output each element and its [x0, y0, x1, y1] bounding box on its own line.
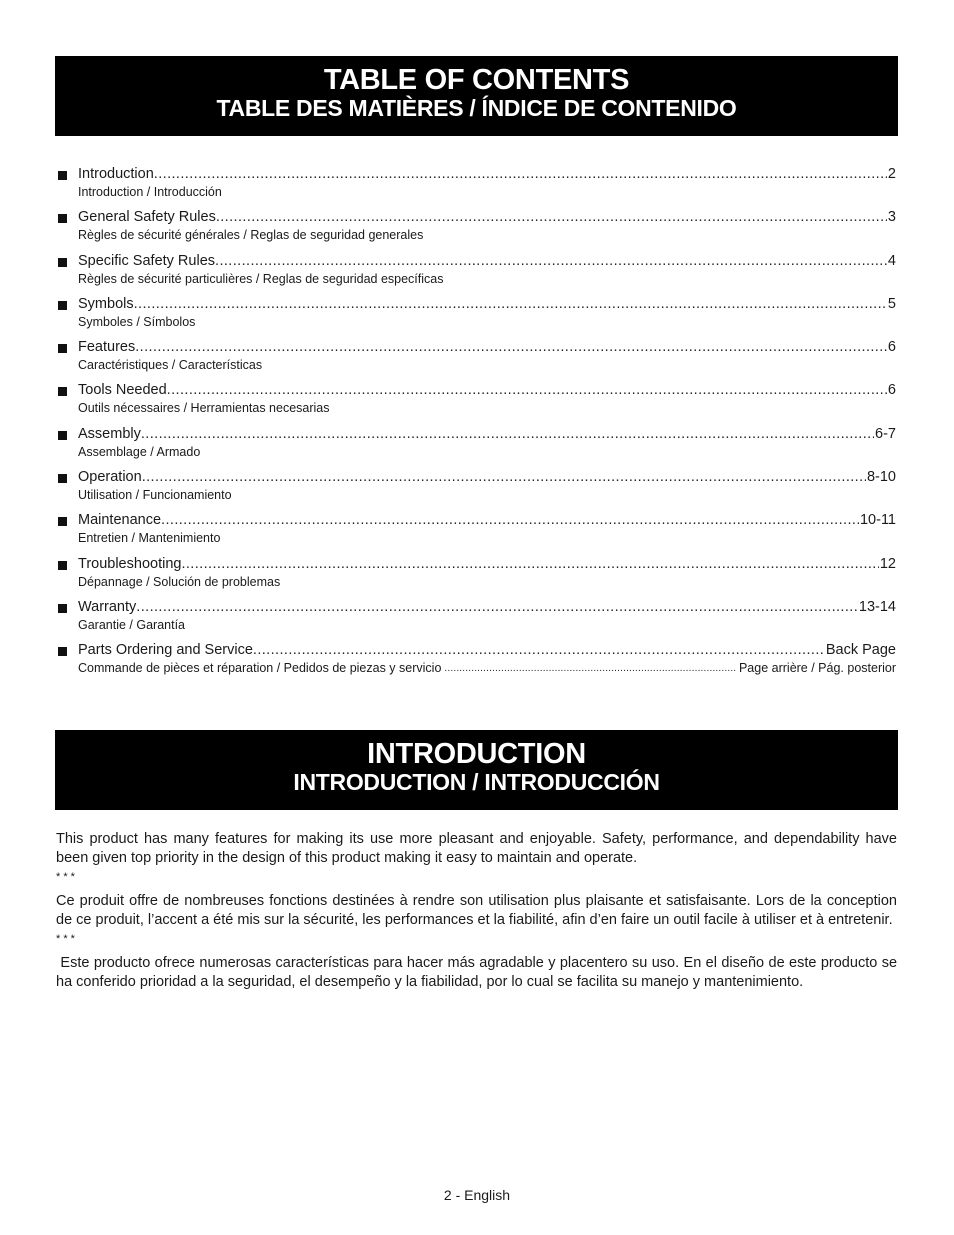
toc-entry-page: 8-10 [866, 469, 896, 486]
toc-entry-page: 6 [887, 339, 896, 356]
toc-entry-line: Troubleshooting12 [78, 556, 896, 573]
toc-entry-line: Operation8-10 [78, 469, 896, 486]
toc-entry-translation-line: Caractéristiques / Características [78, 358, 896, 373]
separator: * * * [56, 930, 897, 948]
square-bullet-icon [58, 344, 67, 353]
toc-item[interactable]: Parts Ordering and ServiceBack PageComma… [56, 641, 896, 684]
toc-item[interactable]: Specific Safety Rules4Règles de sécurité… [56, 252, 896, 295]
toc-entry-line: Symbols5 [78, 296, 896, 313]
toc-entry-translation-line: Utilisation / Funcionamiento [78, 488, 896, 503]
toc-item[interactable]: General Safety Rules3Règles de sécurité … [56, 208, 896, 251]
toc-subtitle: TABLE DES MATIÈRES / ÍNDICE DE CONTENIDO [55, 95, 898, 121]
toc-entry-translation-line: Garantie / Garantía [78, 618, 896, 633]
dot-leader [181, 556, 878, 573]
toc-entry-line: Maintenance10-11 [78, 512, 896, 529]
square-bullet-icon [58, 561, 67, 570]
toc-entry-translation-line: Règles de sécurité particulières / Regla… [78, 272, 896, 287]
toc-entry-translation: Utilisation / Funcionamiento [78, 488, 232, 503]
toc-entry-page: 3 [887, 209, 896, 226]
toc-item[interactable]: Tools Needed6Outils nécessaires / Herram… [56, 381, 896, 424]
toc-entry-translation: Dépannage / Solución de problemas [78, 575, 280, 590]
toc-list: Introduction2Introduction / Introducción… [56, 165, 896, 685]
toc-entry-page: 10-11 [859, 512, 896, 529]
intro-banner: INTRODUCTION INTRODUCTION / INTRODUCCIÓN [55, 730, 898, 810]
toc-entry-translation: Outils nécessaires / Herramientas necesa… [78, 401, 330, 416]
toc-entry-page: 6 [887, 382, 896, 399]
dot-leader [142, 469, 866, 486]
toc-item[interactable]: Warranty13-14Garantie / Garantía [56, 598, 896, 641]
toc-entry-translation: Symboles / Símbolos [78, 315, 195, 330]
toc-entry-translation: Commande de pièces et réparation / Pedid… [78, 661, 441, 676]
toc-entry-translation-line: Symboles / Símbolos [78, 315, 896, 330]
toc-item[interactable]: Operation8-10Utilisation / Funcionamient… [56, 468, 896, 511]
square-bullet-icon [58, 604, 67, 613]
toc-entry-translation: Règles de sécurité générales / Reglas de… [78, 228, 423, 243]
intro-paragraph-french: Ce produit offre de nombreuses fonctions… [56, 892, 897, 930]
toc-entry-page: 6-7 [874, 426, 896, 443]
toc-entry-title: General Safety Rules [78, 209, 216, 226]
toc-entry-page: 12 [879, 556, 896, 573]
intro-paragraph-english: This product has many features for makin… [56, 830, 897, 868]
dot-leader [216, 209, 887, 226]
intro-body: This product has many features for makin… [56, 830, 897, 992]
toc-entry-title: Warranty [78, 599, 136, 616]
toc-entry-translation: Règles de sécurité particulières / Regla… [78, 272, 443, 287]
toc-banner: TABLE OF CONTENTS TABLE DES MATIÈRES / Í… [55, 56, 898, 136]
toc-entry-title: Operation [78, 469, 142, 486]
toc-item[interactable]: Troubleshooting12Dépannage / Solución de… [56, 555, 896, 598]
toc-entry-translation: Caractéristiques / Características [78, 358, 262, 373]
toc-entry-line: Features6 [78, 339, 896, 356]
toc-entry-title: Features [78, 339, 135, 356]
toc-item[interactable]: Assembly6-7Assemblage / Armado [56, 425, 896, 468]
toc-entry-title: Maintenance [78, 512, 161, 529]
dot-leader [161, 512, 859, 529]
dot-leader [253, 642, 825, 659]
square-bullet-icon [58, 431, 67, 440]
dot-leader [135, 339, 887, 356]
toc-entry-translation-line: Entretien / Mantenimiento [78, 531, 896, 546]
toc-entry-title: Tools Needed [78, 382, 167, 399]
toc-item[interactable]: Features6Caractéristiques / Característi… [56, 338, 896, 381]
toc-entry-translation-line: Dépannage / Solución de problemas [78, 575, 896, 590]
toc-entry-translation: Introduction / Introducción [78, 185, 222, 200]
toc-entry-translation-line: Assemblage / Armado [78, 445, 896, 460]
page-footer: 2 - English [0, 1187, 954, 1203]
toc-entry-line: Introduction2 [78, 166, 896, 183]
intro-paragraph-spanish: Este producto ofrece numerosas caracterí… [56, 954, 897, 992]
toc-entry-translation: Entretien / Mantenimiento [78, 531, 220, 546]
dot-leader [136, 599, 858, 616]
toc-entry-line: Specific Safety Rules4 [78, 253, 896, 270]
toc-entry-page: 2 [887, 166, 896, 183]
toc-entry-page: 5 [887, 296, 896, 313]
dot-leader [134, 296, 887, 313]
square-bullet-icon [58, 387, 67, 396]
toc-item[interactable]: Symbols5Symboles / Símbolos [56, 295, 896, 338]
toc-entry-page: 4 [887, 253, 896, 270]
toc-entry-title: Symbols [78, 296, 134, 313]
toc-entry-line: General Safety Rules3 [78, 209, 896, 226]
toc-entry-line: Warranty13-14 [78, 599, 896, 616]
toc-entry-line: Tools Needed6 [78, 382, 896, 399]
toc-entry-title: Parts Ordering and Service [78, 642, 253, 659]
toc-entry-title: Troubleshooting [78, 556, 181, 573]
toc-entry-page: Back Page [825, 642, 896, 659]
toc-item[interactable]: Maintenance10-11Entretien / Mantenimient… [56, 511, 896, 554]
square-bullet-icon [58, 214, 67, 223]
intro-title: INTRODUCTION [55, 730, 898, 769]
toc-entry-translation-line: Commande de pièces et réparation / Pedid… [78, 661, 896, 676]
square-bullet-icon [58, 258, 67, 267]
dot-leader [154, 166, 887, 183]
toc-entry-title: Specific Safety Rules [78, 253, 215, 270]
square-bullet-icon [58, 647, 67, 656]
toc-entry-line: Assembly6-7 [78, 426, 896, 443]
toc-item[interactable]: Introduction2Introduction / Introducción [56, 165, 896, 208]
toc-entry-title: Introduction [78, 166, 154, 183]
separator: * * * [56, 868, 897, 886]
toc-entry-translation: Assemblage / Armado [78, 445, 200, 460]
square-bullet-icon [58, 517, 67, 526]
square-bullet-icon [58, 301, 67, 310]
square-bullet-icon [58, 171, 67, 180]
toc-entry-title: Assembly [78, 426, 141, 443]
square-bullet-icon [58, 474, 67, 483]
toc-title: TABLE OF CONTENTS [55, 56, 898, 95]
toc-entry-translation-line: Introduction / Introducción [78, 185, 896, 200]
dot-leader [441, 661, 736, 676]
dot-leader [167, 382, 887, 399]
toc-entry-page: 13-14 [858, 599, 896, 616]
toc-entry-translation-line: Règles de sécurité générales / Reglas de… [78, 228, 896, 243]
toc-entry-translation-page: Page arrière / Pág. posterior [736, 661, 896, 676]
toc-entry-translation-line: Outils nécessaires / Herramientas necesa… [78, 401, 896, 416]
dot-leader [141, 426, 874, 443]
intro-subtitle: INTRODUCTION / INTRODUCCIÓN [55, 769, 898, 795]
toc-entry-translation: Garantie / Garantía [78, 618, 185, 633]
toc-entry-line: Parts Ordering and ServiceBack Page [78, 642, 896, 659]
dot-leader [215, 253, 887, 270]
